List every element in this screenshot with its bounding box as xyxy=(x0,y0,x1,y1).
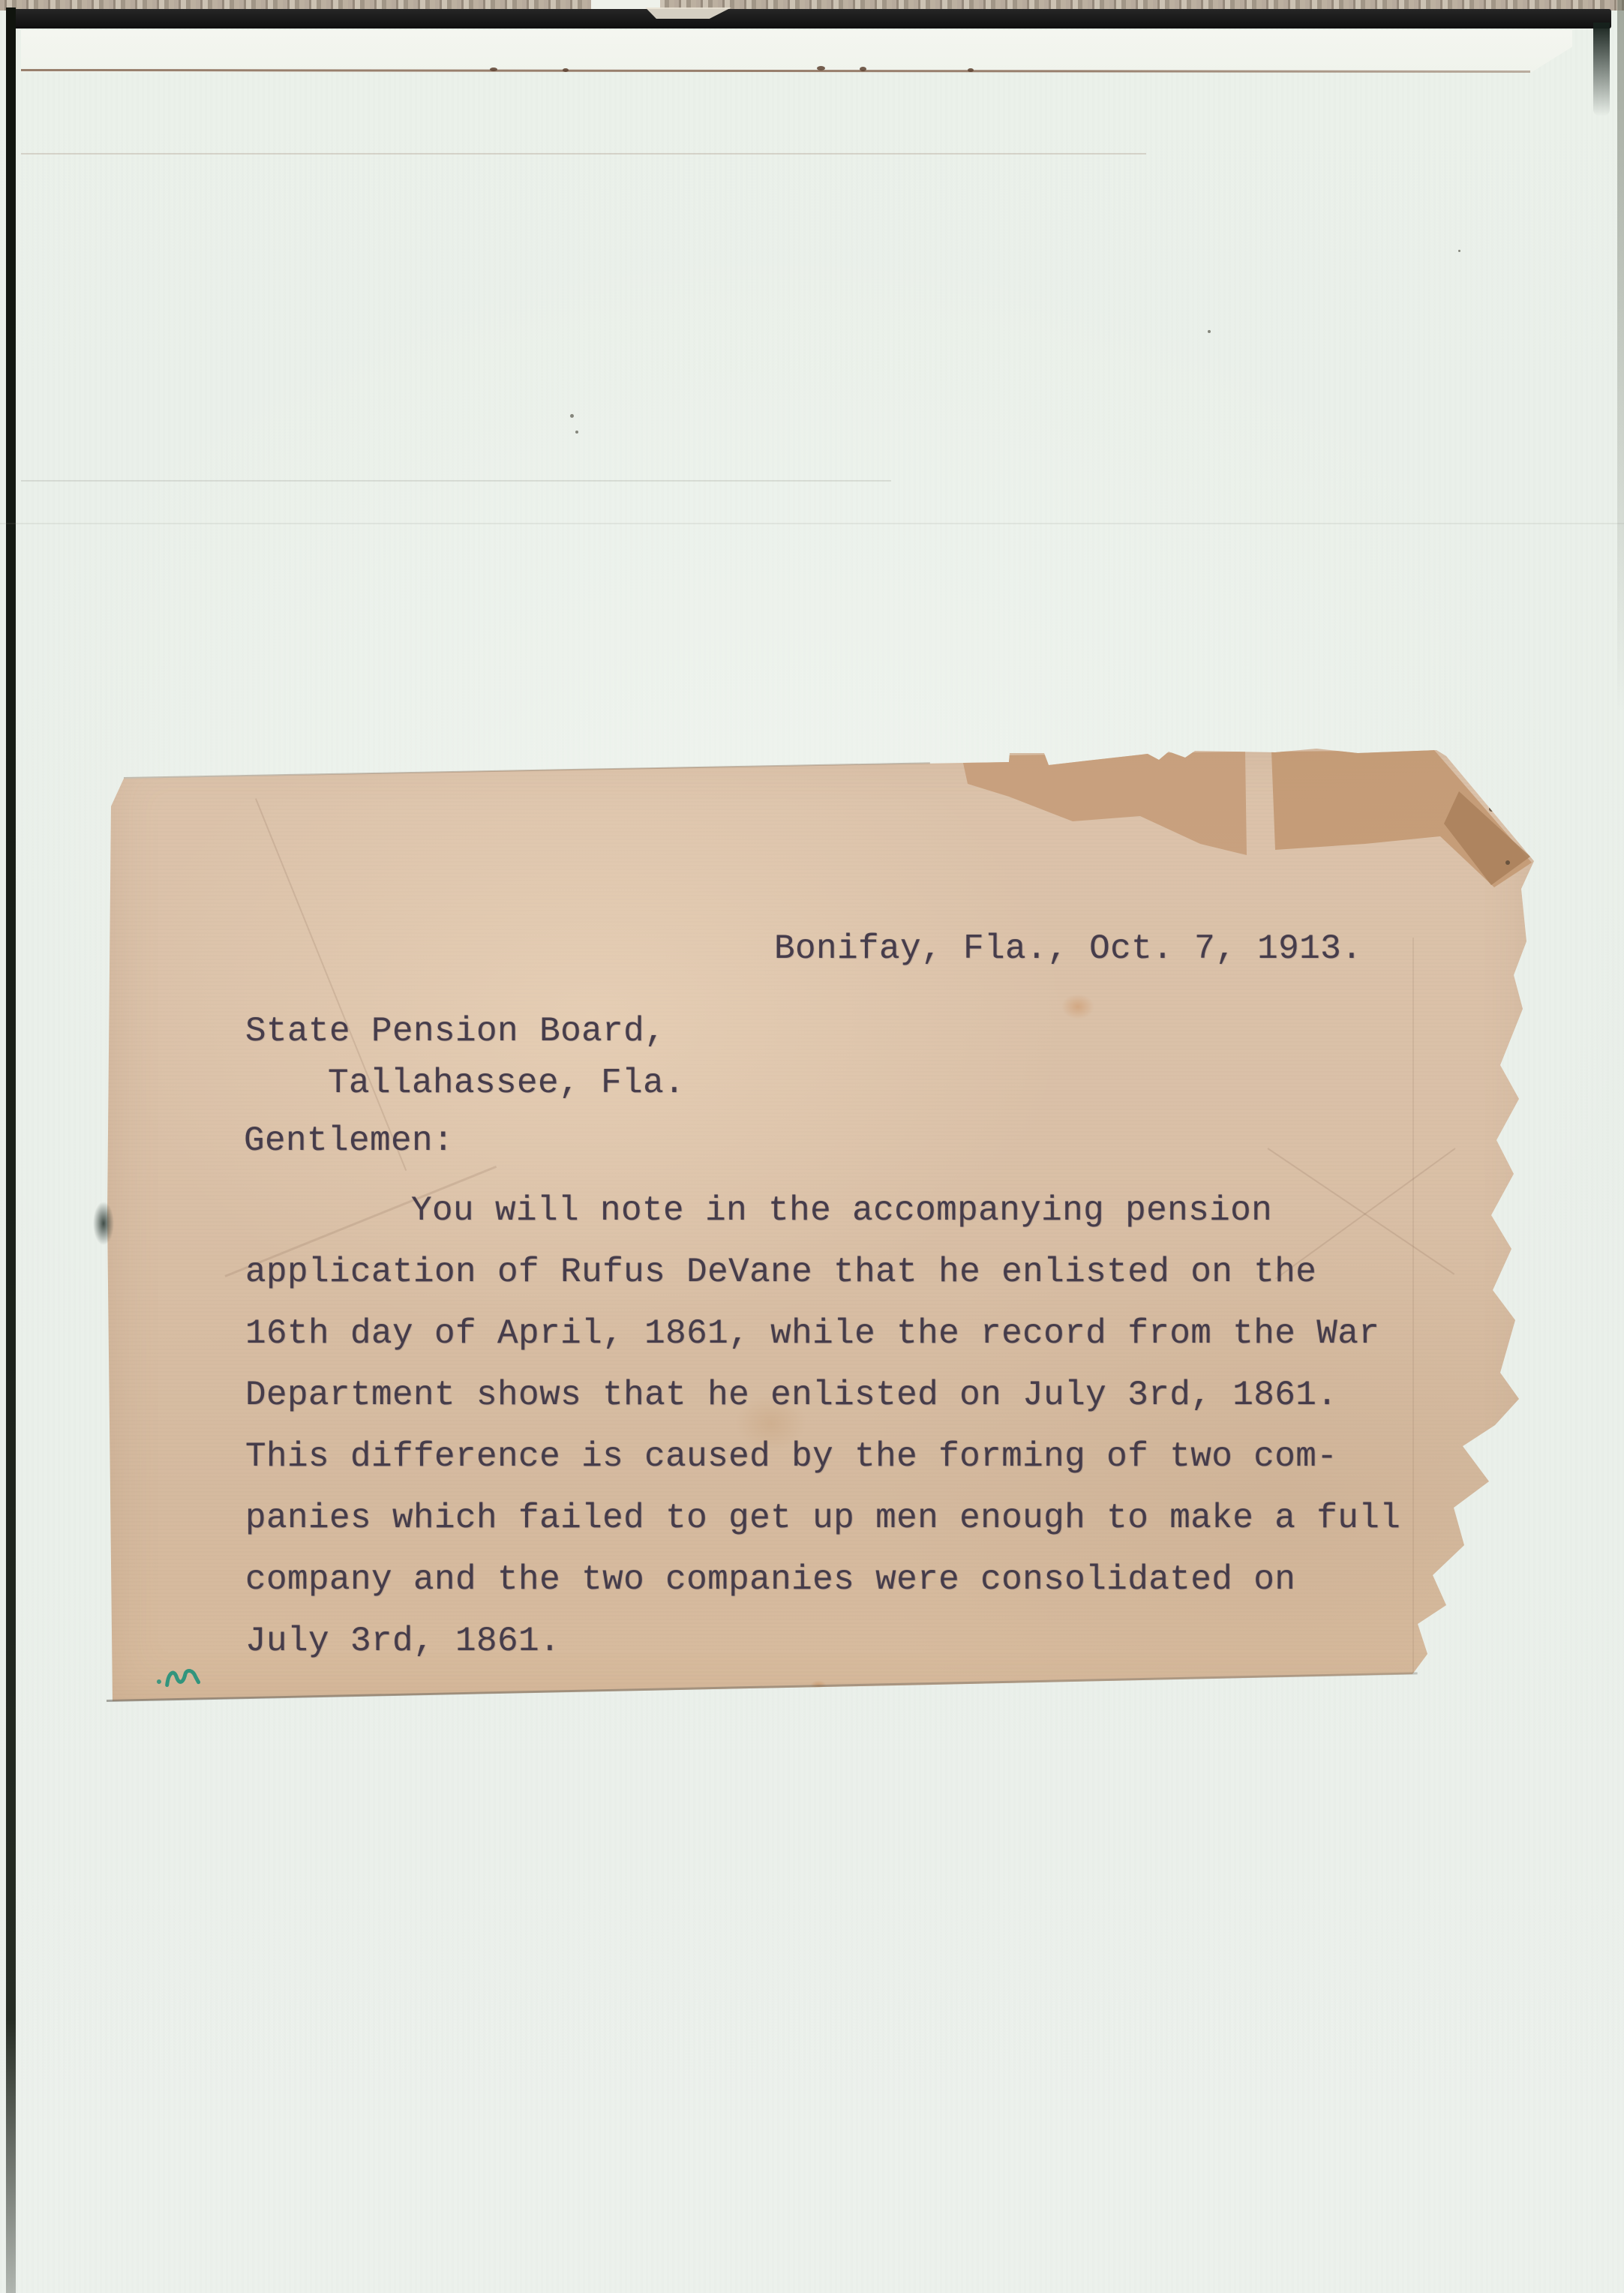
letter-recipient-line1: State Pension Board, xyxy=(245,1013,665,1051)
strip-line-blob xyxy=(490,68,497,71)
scan-streak xyxy=(21,153,1146,155)
dust-speck xyxy=(570,414,574,418)
scanner-right-edge-shading xyxy=(1617,0,1624,713)
strip-line-blob xyxy=(860,67,866,71)
dust-speck xyxy=(575,431,578,434)
dust-speck xyxy=(1208,330,1211,333)
green-ink-mark xyxy=(150,1652,210,1697)
letter-salutation: Gentlemen: xyxy=(244,1122,454,1160)
letter-body-line: July 3rd, 1861. xyxy=(245,1622,560,1661)
letter-body-line: You will note in the accompanying pensio… xyxy=(411,1192,1272,1230)
paper-stain xyxy=(1061,994,1094,1019)
torn-speck xyxy=(1505,860,1510,865)
letter-dateline: Bonifay, Fla., Oct. 7, 1913. xyxy=(774,930,1362,968)
letter-body-line: 16th day of April, 1861, while the recor… xyxy=(245,1315,1379,1353)
dark-spot-left-edge xyxy=(93,1202,114,1245)
paper-crease xyxy=(1412,938,1414,1673)
scanner-top-black-band xyxy=(8,9,1611,29)
strip-line-blob xyxy=(968,68,974,72)
letter-body-line: Department shows that he enlisted on Jul… xyxy=(245,1376,1337,1415)
paper-crease xyxy=(255,798,407,1171)
scan-streak xyxy=(21,480,891,482)
letter-body-line: application of Rufus DeVane that he enli… xyxy=(245,1253,1316,1292)
letter-recipient-line2: Tallahassee, Fla. xyxy=(328,1064,685,1103)
torn-speck xyxy=(1489,806,1494,812)
letter-body-line: This difference is caused by the forming… xyxy=(245,1438,1337,1476)
strip-line-blob xyxy=(817,66,825,71)
scan-streak xyxy=(0,523,1624,524)
letter-body-line: company and the two companies were conso… xyxy=(245,1561,1295,1599)
dust-speck xyxy=(1458,250,1460,252)
scanner-right-corner-shadow xyxy=(1593,23,1610,116)
torn-speck xyxy=(1523,827,1530,833)
scanner-left-edge-line xyxy=(6,8,16,2293)
strip-line-blob xyxy=(563,68,569,72)
letter-body-line: panies which failed to get up men enough… xyxy=(245,1499,1400,1538)
scanned-letter-page: Bonifay, Fla., Oct. 7, 1913. State Pensi… xyxy=(0,0,1624,2293)
backing-white-strip xyxy=(21,30,1572,72)
